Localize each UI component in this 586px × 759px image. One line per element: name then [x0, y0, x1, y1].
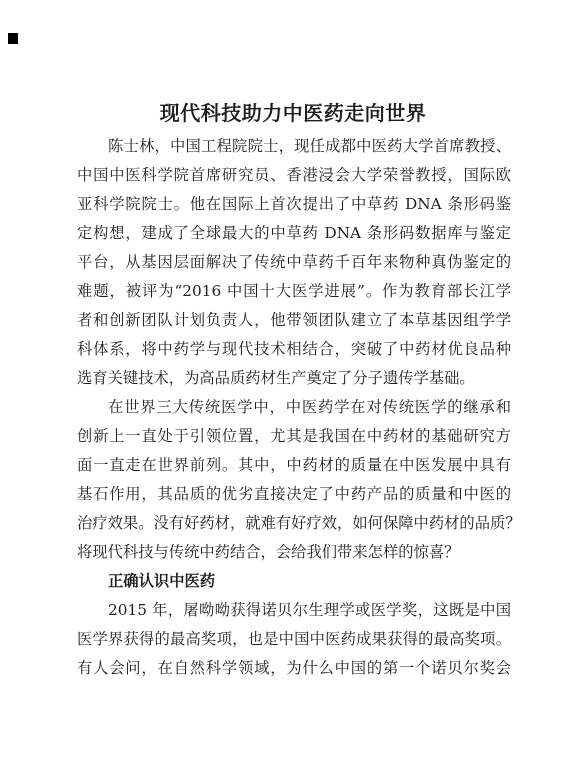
- document-title: 现代科技助力中医药走向世界: [0, 0, 586, 126]
- paragraph-line: 选育关键技术，为高品质药材生产奠定了分子遗传学基础。: [77, 364, 511, 393]
- paragraph-line: 定构想，建成了全球最大的中草药 DNA 条形码数据库与鉴定: [77, 219, 511, 248]
- paragraph-line: 有人会问，在自然科学领域，为什么中国的第一个诺贝尔奖会: [77, 654, 511, 683]
- paragraph-line: 2015 年，屠呦呦获得诺贝尔生理学或医学奖，这既是中国: [77, 596, 511, 625]
- paragraph-1: 陈士林，中国工程院院士，现任成都中医药大学首席教授、 中国中医科学院首席研究员、…: [77, 132, 511, 393]
- paragraph-line: 者和创新团队计划负责人，他带领团队建立了本草基因组学学: [77, 306, 511, 335]
- paragraph-3: 2015 年，屠呦呦获得诺贝尔生理学或医学奖，这既是中国 医学界获得的最高奖项，…: [77, 596, 511, 683]
- paragraph-line: 基石作用，其品质的优劣直接决定了中药产品的质量和中医的: [77, 480, 511, 509]
- paragraph-2: 在世界三大传统医学中，中医药学在对传统医学的继承和 创新上一直处于引领位置，尤其…: [77, 393, 511, 567]
- paragraph-line: 将现代科技与传统中药结合，会给我们带来怎样的惊喜？: [77, 538, 511, 567]
- paragraph-line: 在世界三大传统医学中，中医药学在对传统医学的继承和: [77, 393, 511, 422]
- paragraph-line: 亚科学院院士。他在国际上首次提出了中草药 DNA 条形码鉴: [77, 190, 511, 219]
- document-page: 现代科技助力中医药走向世界 陈士林，中国工程院院士，现任成都中医药大学首席教授、…: [0, 0, 586, 759]
- document-body: 陈士林，中国工程院院士，现任成都中医药大学首席教授、 中国中医科学院首席研究员、…: [77, 132, 511, 683]
- paragraph-line: 创新上一直处于引领位置，尤其是我国在中药材的基础研究方: [77, 422, 511, 451]
- paragraph-line: 中国中医科学院首席研究员、香港浸会大学荣誉教授，国际欧: [77, 161, 511, 190]
- paragraph-line: 医学界获得的最高奖项，也是中国中医药成果获得的最高奖项。: [77, 625, 511, 654]
- paragraph-line: 陈士林，中国工程院院士，现任成都中医药大学首席教授、: [77, 132, 511, 161]
- paragraph-line: 面一直走在世界前列。其中，中药材的质量在中医发展中具有: [77, 451, 511, 480]
- section-heading: 正确认识中医药: [77, 567, 511, 596]
- paragraph-line: 难题，被评为“2016 中国十大医学进展”。作为教育部长江学: [77, 277, 511, 306]
- corner-black-mark: [8, 33, 18, 44]
- paragraph-line: 平台，从基因层面解决了传统中草药千百年来物种真伪鉴定的: [77, 248, 511, 277]
- paragraph-line: 治疗效果。没有好药材，就难有好疗效，如何保障中药材的品质？: [77, 509, 511, 538]
- paragraph-line: 科体系，将中药学与现代技术相结合，突破了中药材优良品种: [77, 335, 511, 364]
